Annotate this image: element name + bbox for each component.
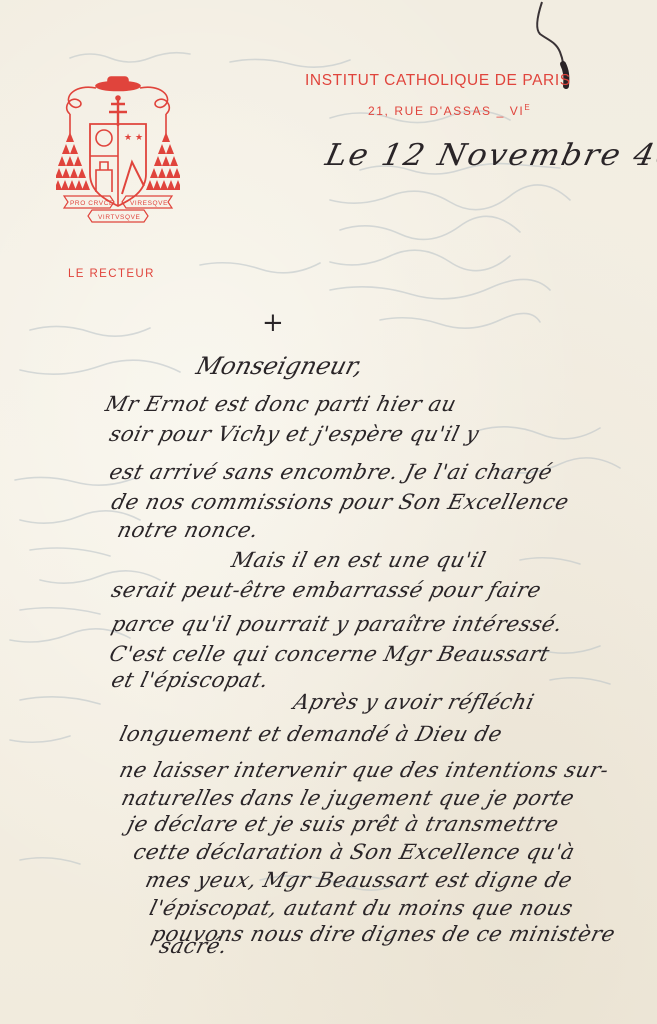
body-line: cette déclaration à Son Excellence qu'à [131,840,577,864]
body-line: Mais il en est une qu'il [229,548,489,572]
svg-text:★: ★ [124,132,132,142]
body-line: de nos commissions pour Son Excellence [109,490,571,514]
body-line: ne laisser intervenir que des intentions… [117,758,611,782]
body-line: Après y avoir réfléchi [291,690,537,714]
body-line: naturelles dans le jugement que je porte [119,786,577,810]
body-line: notre nonce. [115,518,261,542]
letter-date: Le 12 Novembre 40 [322,138,657,173]
body-line: soir pour Vichy et j'espère qu'il y [107,422,482,446]
address-text: 21, RUE D'ASSAS _ VI [368,104,524,118]
body-line: je déclare et je suis prêt à transmettre [125,812,561,836]
salutation: Monseigneur, [193,352,366,380]
address-suffix: E [524,103,531,112]
body-line: et l'épiscopat. [109,668,271,692]
institution-name: INSTITUT CATHOLIQUE DE PARIS [305,72,571,90]
office-title: LE RECTEUR [68,268,155,280]
svg-text:PRO CRVCE: PRO CRVCE [70,200,114,207]
svg-text:VIRTVSQVE: VIRTVSQVE [98,214,141,221]
body-line: est arrivé sans encombre. Je l'ai chargé [107,460,555,484]
body-line: sacré. [157,934,230,958]
body-line: serait peut-être embarrassé pour faire [109,578,544,602]
svg-text:★: ★ [135,132,143,142]
cross-mark: + [262,308,284,338]
body-line: longuement et demandé à Dieu de [117,722,505,746]
body-line: Mr Ernot est donc parti hier au [103,392,459,416]
cardinal-coat-of-arms: ★ ★ PRO CRVCE VIRESQVE VIRTVSQVE [56,74,180,224]
body-line: parce qu'il pourrait y paraître intéress… [109,612,565,636]
institution-address: 21, RUE D'ASSAS _ VIE [368,103,531,118]
svg-text:VIRESQVE: VIRESQVE [130,200,168,207]
body-line: C'est celle qui concerne Mgr Beaussart [107,642,552,666]
body-line: mes yeux, Mgr Beaussart est digne de [143,868,575,892]
body-line: l'épiscopat, autant du moins que nous [147,896,576,920]
